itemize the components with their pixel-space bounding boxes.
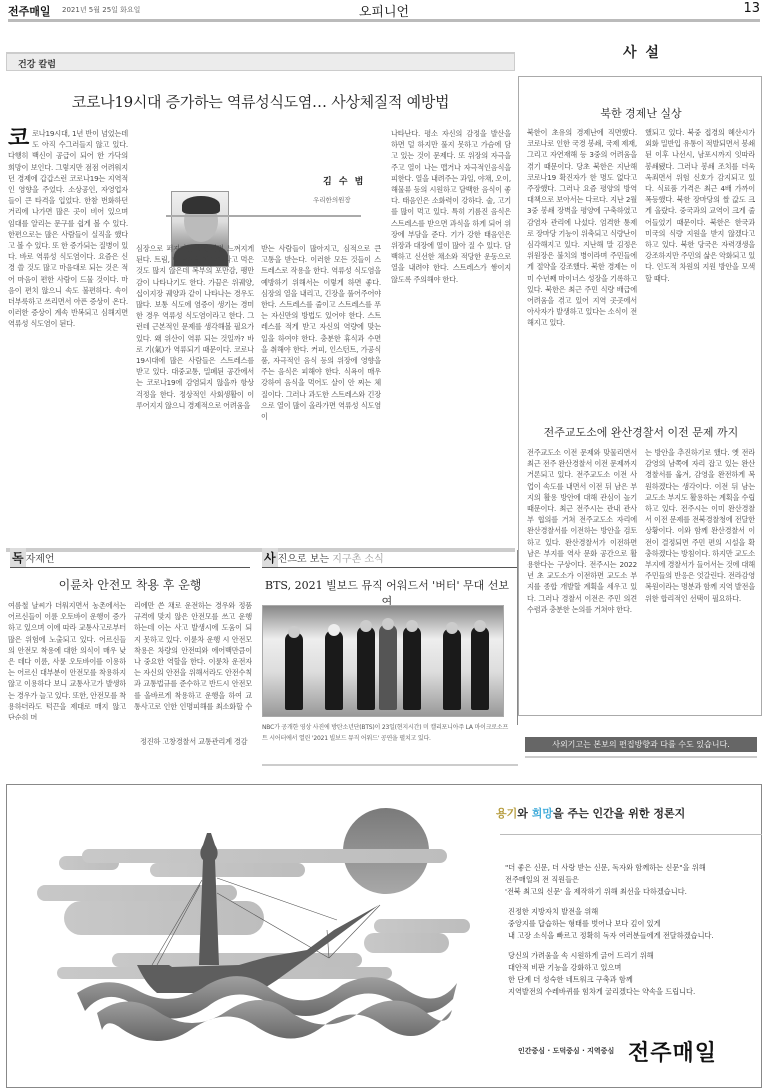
author-role: 우리한의원장 bbox=[313, 195, 351, 204]
photo-news-label: 진으로 보는 bbox=[278, 554, 333, 565]
performer-head bbox=[288, 626, 300, 638]
performer-silhouette bbox=[403, 626, 421, 710]
editorial-1-text-2: 했되고 있다. 북중 접경의 혜산시가 외화 밀반입 유통이 적발되면서 봉쇄된… bbox=[645, 127, 755, 417]
editorial-2-text-1: 전주교도소 이전 문제와 맞물리면서 최근 전주 완산경찰서 이전 문제까지 거… bbox=[527, 447, 637, 709]
performer-silhouette bbox=[325, 630, 343, 710]
editorial-header: 사 설 bbox=[618, 42, 666, 62]
performer-silhouette bbox=[285, 632, 303, 710]
bts-stage-photo bbox=[262, 605, 504, 717]
author-name: 김 수 범 bbox=[323, 174, 365, 187]
author-photo-hair bbox=[182, 196, 220, 214]
drop-cap: 코 bbox=[8, 128, 29, 148]
health-column-label: 건강 칼럼 bbox=[18, 57, 56, 70]
photo-news-cap: 사 bbox=[262, 548, 278, 567]
editorial-title-2: 전주교도소에 완산경찰서 이전 문제 까지 bbox=[519, 424, 763, 440]
health-column-text-1: 코로나19시대, 1년 반이 넘었는데도 아직 수그러들지 않고 있다. 다행히… bbox=[8, 128, 128, 548]
performer-head bbox=[382, 618, 394, 630]
author-divider bbox=[166, 215, 361, 217]
masthead-rule bbox=[8, 19, 760, 22]
editorial-box: 북한 경제난 실상 북한이 초유의 경제난에 직면했다. 코로나로 인한 국경 … bbox=[518, 76, 762, 716]
performer-silhouette bbox=[379, 624, 397, 710]
paper-logo: 전주매일 bbox=[628, 1036, 717, 1067]
pledge-paragraph-2: 진정한 지방자치 발전을 위해 중앙지를 답습하는 형태를 벗어나 보다 깊이 … bbox=[508, 906, 758, 942]
reader-opinion-text-2: 리에만 쓴 채로 운전하는 경우와 정품 규격에 맞지 않은 안전모를 쓰고 운… bbox=[134, 600, 252, 712]
performer-head bbox=[474, 620, 486, 632]
pledge-paragraph-3: 당신의 가려움을 속 시원하게 긁어 드리기 위해 대안적 비판 기능을 강화하… bbox=[508, 950, 758, 998]
reader-opinion-header: 독자제언 bbox=[10, 548, 250, 568]
ad-tagline: 인간중심 · 도덕중심 · 지역중심 bbox=[518, 1046, 614, 1056]
editorial-2-text-2: 는 방안을 추진하기로 했다. 옛 전라감영의 남쪽에 자리 잡고 있는 완산경… bbox=[645, 447, 755, 709]
performer-head bbox=[328, 624, 340, 636]
section-title: 오피니언 bbox=[8, 1, 760, 20]
photo-news-rule bbox=[262, 764, 518, 766]
health-column: 건강 칼럼 코로나19시대 증가하는 역류성식도염… 사상체질적 예방법 코로나… bbox=[6, 52, 515, 547]
disclaimer-banner: 사외기고는 본보의 편집방향과 다를 수도 있습니다. bbox=[525, 737, 757, 752]
column-divider bbox=[517, 550, 518, 725]
page-number: 13 bbox=[743, 1, 760, 16]
health-column-text-4: 나타난다. 평소 자신의 감정을 발산을 하면 덜 하지만 풀지 못하고 가슴에… bbox=[391, 128, 511, 548]
performer-silhouette bbox=[443, 628, 461, 710]
reader-opinion-label: 자제언 bbox=[26, 554, 55, 565]
photo-news-header: 사진으로 보는 지구촌 소식 bbox=[262, 548, 518, 568]
editorial-title-1: 북한 경제난 실상 bbox=[519, 105, 763, 121]
reader-opinion-text-1: 여름철 날씨가 더워지면서 농촌에서는 어르신들이 이륜 오토바이 운행이 증가… bbox=[8, 600, 126, 720]
health-column-text-3: 받는 사람들이 많아지고, 심적으로 큰 고통을 받는다. 이러한 모든 것들이… bbox=[261, 243, 381, 548]
health-column-header: 건강 칼럼 bbox=[6, 53, 515, 71]
performer-head bbox=[406, 620, 418, 632]
ad-slogan: 용기와 희망을 주는 인간을 위한 정론지 bbox=[496, 805, 685, 821]
health-column-text-2: 심장으로 퍼져가는 통증처럼 느껴지게 된다. 트림, 헛구역 등이 나타나고 … bbox=[136, 243, 254, 548]
health-column-title: 코로나19시대 증가하는 역류성식도염… 사상체질적 예방법 bbox=[6, 91, 515, 112]
photo-news-label-light: 지구촌 소식 bbox=[332, 554, 383, 565]
reader-opinion-byline: 정진하 고창경찰서 교통관리계 경감 bbox=[140, 736, 258, 747]
reader-opinion-cap: 독 bbox=[10, 548, 26, 567]
performer-head bbox=[446, 622, 458, 634]
slogan-divider bbox=[500, 834, 762, 835]
performer-silhouette bbox=[471, 626, 489, 710]
editorial-1-text-1: 북한이 초유의 경제난에 직면했다. 코로나로 인한 국경 봉쇄, 국제 제재,… bbox=[527, 127, 637, 417]
reader-opinion-title: 이륜차 안전모 착용 후 운행 bbox=[5, 576, 255, 593]
disclaimer-rule bbox=[525, 756, 757, 758]
ship-illustration bbox=[7, 785, 487, 1085]
performer-silhouette bbox=[357, 626, 375, 710]
photo-caption: NBC가 공개한 영상 사진에 방탄소년단(BTS)이 23일(현지시간) 미 … bbox=[262, 722, 512, 744]
performer-head bbox=[360, 620, 372, 632]
pledge-paragraph-1: "더 좋은 신문, 더 사랑 받는 신문, 독자와 함께하는 신문"을 위해 전… bbox=[505, 862, 755, 898]
